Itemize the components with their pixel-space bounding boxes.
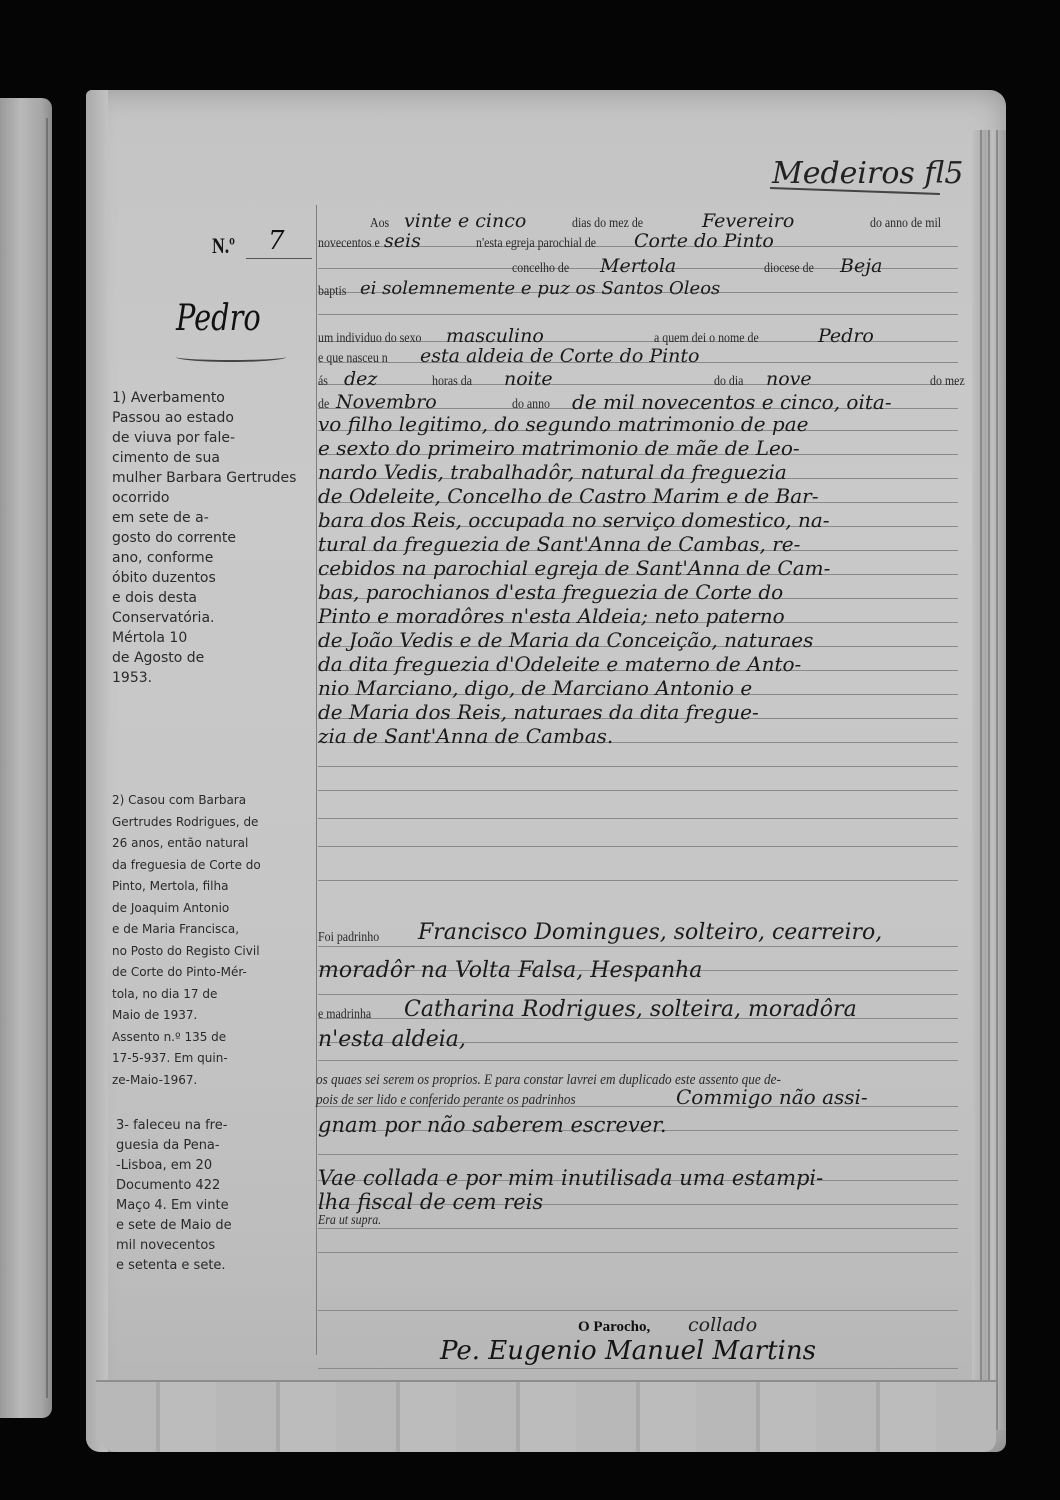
margin-note-2: 2) Casou com Barbara Gertrudes Rodrigues…	[112, 790, 261, 1091]
narrative-line: da dita freguezia d'Odeleite e materno d…	[318, 652, 801, 676]
ruled-line	[318, 846, 958, 847]
ruled-line	[318, 1368, 958, 1369]
margin-child-name: Pedro	[176, 298, 261, 339]
ruled-line	[318, 766, 958, 767]
parish-priest-title: O Parocho,	[578, 1319, 650, 1336]
ruled-line	[318, 790, 958, 791]
folio-reference: Medeiros fl5	[772, 156, 963, 191]
page-edge-stack	[972, 130, 1006, 1430]
ruled-line	[318, 314, 958, 315]
narrative-line: Pinto e moradôres n'esta Aldeia; neto pa…	[318, 604, 785, 628]
ruled-line	[318, 880, 958, 881]
ruled-line	[318, 1228, 958, 1229]
priest-title-handwritten: collado	[688, 1314, 757, 1336]
ruled-line	[318, 384, 958, 385]
torn-bottom-edge	[96, 1380, 996, 1452]
name-flourish	[176, 352, 286, 362]
record-number: 7	[268, 226, 285, 256]
narrative-line: cebidos na parochial egreja de Sant'Anna…	[318, 556, 830, 580]
margin-divider	[316, 205, 317, 1355]
narrative-line: tural da freguezia de Sant'Anna de Camba…	[318, 532, 800, 556]
narrative-line: nio Marciano, digo, de Marciano Antonio …	[318, 676, 752, 700]
narrative-line: bas, parochianos d'esta freguezia de Cor…	[318, 580, 783, 604]
record-number-label: N.º	[212, 233, 235, 259]
ruled-line	[318, 946, 958, 947]
narrative-line: de João Vedis e de Maria da Conceição, n…	[318, 628, 813, 652]
ruled-line	[318, 1310, 958, 1311]
narrative-line: bara dos Reis, occupada no serviço domes…	[318, 508, 830, 532]
adjacent-page-edge	[0, 98, 52, 1418]
margin-note-1: 1) Averbamento Passou ao estado de viuva…	[112, 388, 296, 688]
ruled-line	[318, 1252, 958, 1253]
narrative-line: vo filho legitimo, do segundo matrimonio…	[318, 412, 809, 436]
narrative-line: de Odeleite, Concelho de Castro Marim e …	[318, 484, 818, 508]
narrative-line: nardo Vedis, trabalhadôr, natural da fre…	[318, 460, 787, 484]
narrative-line: e sexto do primeiro matrimonio de mãe de…	[318, 436, 800, 460]
ruled-line	[318, 1060, 958, 1061]
priest-signature: Pe. Eugenio Manuel Martins	[440, 1336, 816, 1366]
narrative-line: de Maria dos Reis, naturaes da dita freg…	[318, 700, 759, 724]
ruled-line	[318, 994, 958, 995]
narrative-line: zia de Sant'Anna de Cambas.	[318, 724, 613, 748]
ruled-line	[318, 1154, 958, 1155]
ruled-line	[318, 818, 958, 819]
margin-note-3: 3- faleceu na fre- guesia da Pena- -Lisb…	[116, 1116, 232, 1276]
